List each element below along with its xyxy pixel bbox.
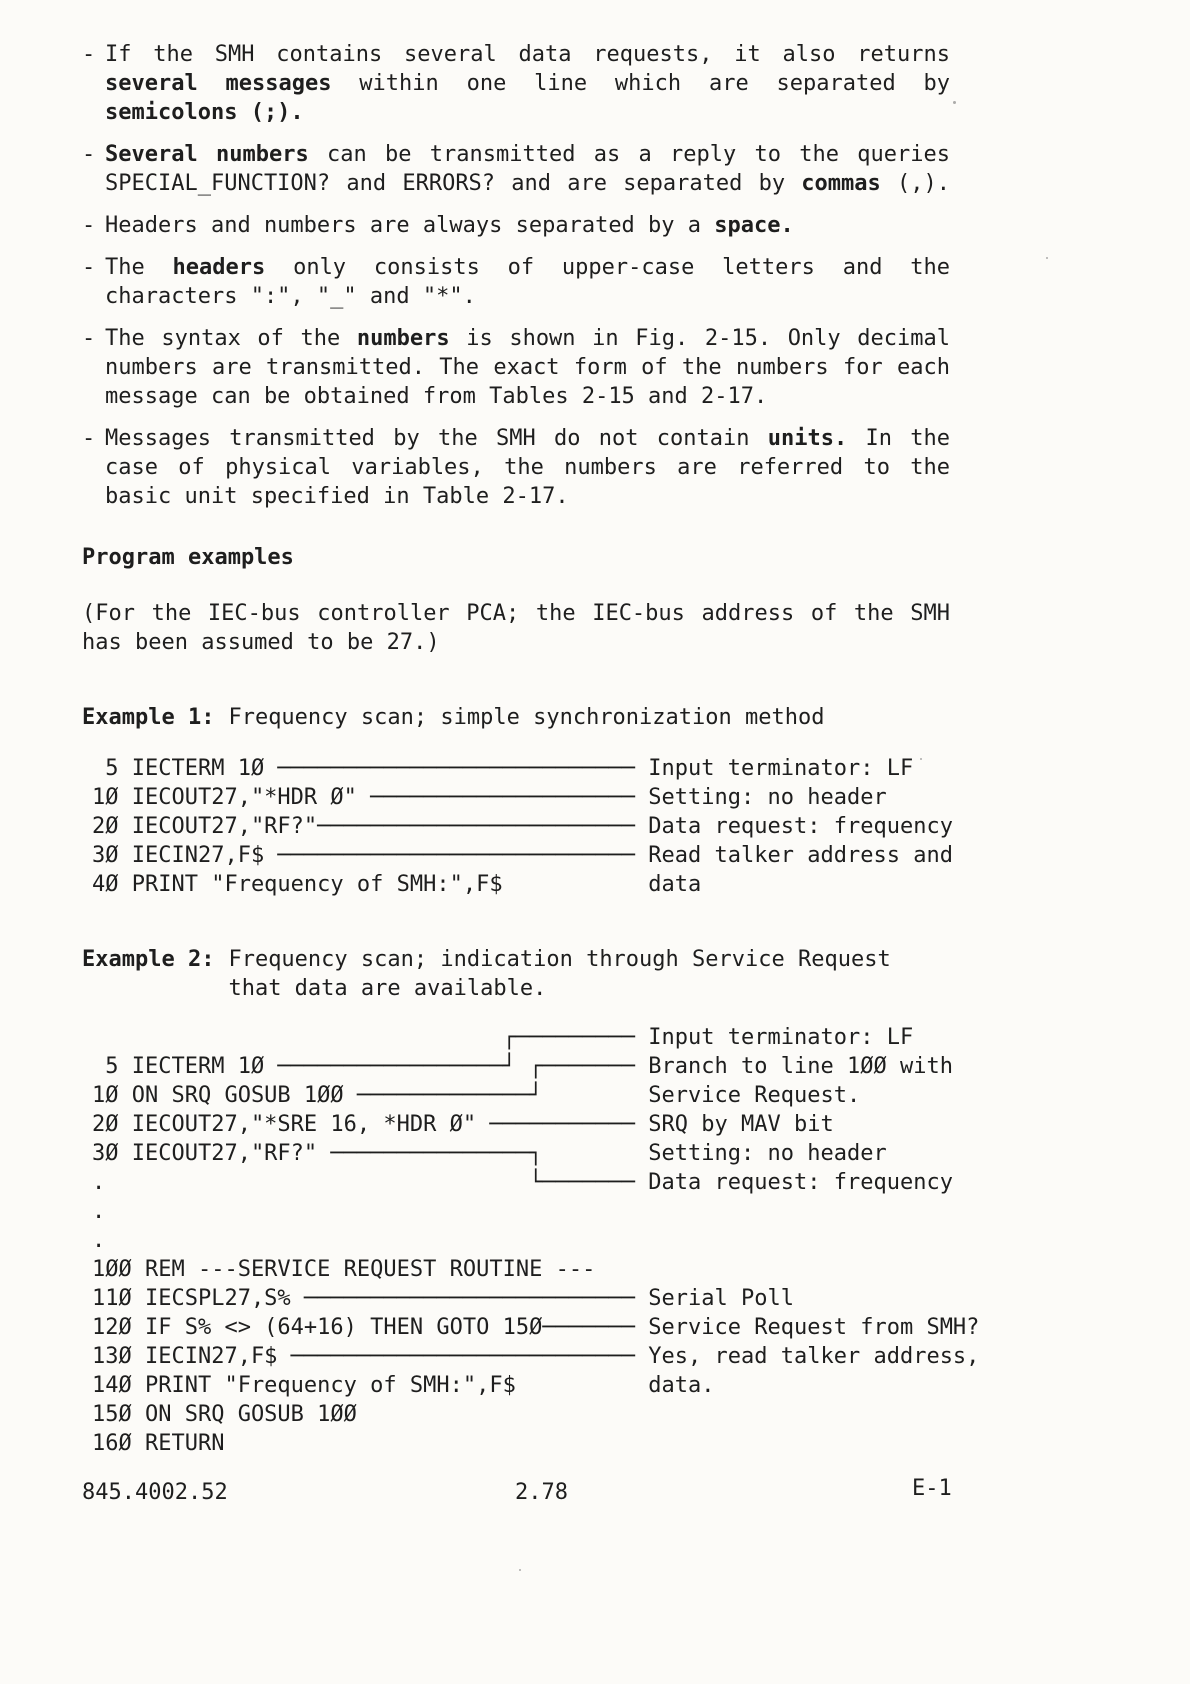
text: case of physical variables, the numbers … [105, 455, 950, 480]
bold-text: several messages [105, 71, 332, 96]
text-line: Frequency scan; indication through Servi… [228, 945, 890, 974]
text-line: SPECIAL_FUNCTION? and ERRORS? and are se… [105, 169, 950, 198]
scan-speck [953, 101, 956, 104]
text-line: Headers and numbers are always separated… [105, 211, 950, 240]
text: The syntax of the [105, 326, 357, 351]
bold-text: headers [173, 255, 266, 280]
bold-text: semicolons (;). [105, 100, 304, 125]
text: (For the IEC-bus controller PCA; the IEC… [82, 601, 950, 626]
footer-doc-number: 845.4002.52 [82, 1478, 228, 1507]
bullet-marker: - [82, 140, 105, 198]
text: Frequency scan; indication through Servi… [228, 947, 890, 972]
text: numbers are transmitted. The exact form … [105, 355, 950, 380]
text: SPECIAL_FUNCTION? and ERRORS? and are se… [105, 171, 801, 196]
bullet-item: -The headers only consists of upper-case… [82, 253, 982, 311]
bullet-item: -Several numbers can be transmitted as a… [82, 140, 982, 198]
text-line: has been assumed to be 27.) [82, 628, 950, 657]
text: Headers and numbers are always separated… [105, 213, 714, 238]
bold-text: units. [768, 426, 847, 451]
scan-speck [920, 758, 922, 760]
text: only consists of upper-case letters and … [265, 255, 950, 280]
scan-speck [1046, 257, 1048, 259]
bullet-text: If the SMH contains several data request… [105, 40, 950, 127]
text-line: The syntax of the numbers is shown in Fi… [105, 324, 950, 353]
footer-section-ref: E-1 [912, 1474, 952, 1503]
bullet-marker: - [82, 211, 105, 240]
bullet-item: -Messages transmitted by the SMH do not … [82, 424, 982, 511]
bullet-marker: - [82, 253, 105, 311]
bullet-text: Several numbers can be transmitted as a … [105, 140, 950, 198]
text-line: basic unit specified in Table 2-17. [105, 482, 950, 511]
bold-text: space. [714, 213, 793, 238]
bullet-marker: - [82, 424, 105, 511]
bold-text: Several numbers [105, 142, 309, 167]
example-1-heading: Example 1: Frequency scan; simple synchr… [82, 703, 982, 732]
example-1-label: Example 1: [82, 703, 214, 732]
text-line: Several numbers can be transmitted as a … [105, 140, 950, 169]
scan-speck [519, 1569, 521, 1571]
bullet-text: Headers and numbers are always separated… [105, 211, 950, 240]
scan-speck [731, 149, 733, 151]
text: In the [847, 426, 950, 451]
intro-paragraph: (For the IEC-bus controller PCA; the IEC… [82, 599, 950, 657]
text: Frequency scan; simple synchronization m… [228, 705, 824, 730]
text-line: that data are available. [228, 974, 890, 1003]
text-line: numbers are transmitted. The exact form … [105, 353, 950, 382]
text: (,). [881, 171, 950, 196]
page-content: -If the SMH contains several data reques… [82, 40, 982, 1458]
text-line: If the SMH contains several data request… [105, 40, 950, 69]
document-page: -If the SMH contains several data reques… [0, 0, 1190, 1684]
bullet-text: The syntax of the numbers is shown in Fi… [105, 324, 950, 411]
text-line: semicolons (;). [105, 98, 950, 127]
text-line: The headers only consists of upper-case … [105, 253, 950, 282]
bullet-marker: - [82, 40, 105, 127]
text: can be transmitted as a reply to the que… [309, 142, 950, 167]
example-2-code: ┌───────── Input terminator: LF 5 IECTER… [92, 1023, 982, 1458]
text: The [105, 255, 173, 280]
example-2-heading: Example 2: Frequency scan; indication th… [82, 945, 982, 1003]
bold-text: numbers [357, 326, 450, 351]
text-line: characters ":", "_" and "*". [105, 282, 950, 311]
example-1-title: Frequency scan; simple synchronization m… [228, 703, 824, 732]
text: characters ":", "_" and "*". [105, 284, 476, 309]
text: within one line which are separated by [332, 71, 951, 96]
text-line: case of physical variables, the numbers … [105, 453, 950, 482]
bullet-marker: - [82, 324, 105, 411]
example-2: Example 2: Frequency scan; indication th… [82, 945, 982, 1458]
bullet-text: Messages transmitted by the SMH do not c… [105, 424, 950, 511]
program-examples-heading: Program examples [82, 543, 982, 572]
bullet-list: -If the SMH contains several data reques… [82, 40, 982, 511]
bullet-item: -The syntax of the numbers is shown in F… [82, 324, 982, 411]
example-2-title: Frequency scan; indication through Servi… [228, 945, 890, 1003]
text: has been assumed to be 27.) [82, 630, 440, 655]
bullet-item: -Headers and numbers are always separate… [82, 211, 982, 240]
text-line: several messages within one line which a… [105, 69, 950, 98]
text: message can be obtained from Tables 2-15… [105, 384, 767, 409]
footer-page-number: 2.78 [515, 1478, 568, 1507]
example-1-code: 5 IECTERM 1Ø ───────────────────────────… [92, 754, 982, 899]
text-line: (For the IEC-bus controller PCA; the IEC… [82, 599, 950, 628]
bullet-item: -If the SMH contains several data reques… [82, 40, 982, 127]
text: is shown in Fig. 2-15. Only decimal [450, 326, 950, 351]
example-2-label: Example 2: [82, 945, 214, 1003]
example-1: Example 1: Frequency scan; simple synchr… [82, 703, 982, 899]
text-line: Frequency scan; simple synchronization m… [228, 703, 824, 732]
text: Messages transmitted by the SMH do not c… [105, 426, 768, 451]
text: If the SMH contains several data request… [105, 42, 950, 67]
text: basic unit specified in Table 2-17. [105, 484, 569, 509]
text: that data are available. [228, 976, 546, 1001]
text-line: Messages transmitted by the SMH do not c… [105, 424, 950, 453]
bold-text: commas [801, 171, 880, 196]
bullet-text: The headers only consists of upper-case … [105, 253, 950, 311]
text-line: message can be obtained from Tables 2-15… [105, 382, 950, 411]
